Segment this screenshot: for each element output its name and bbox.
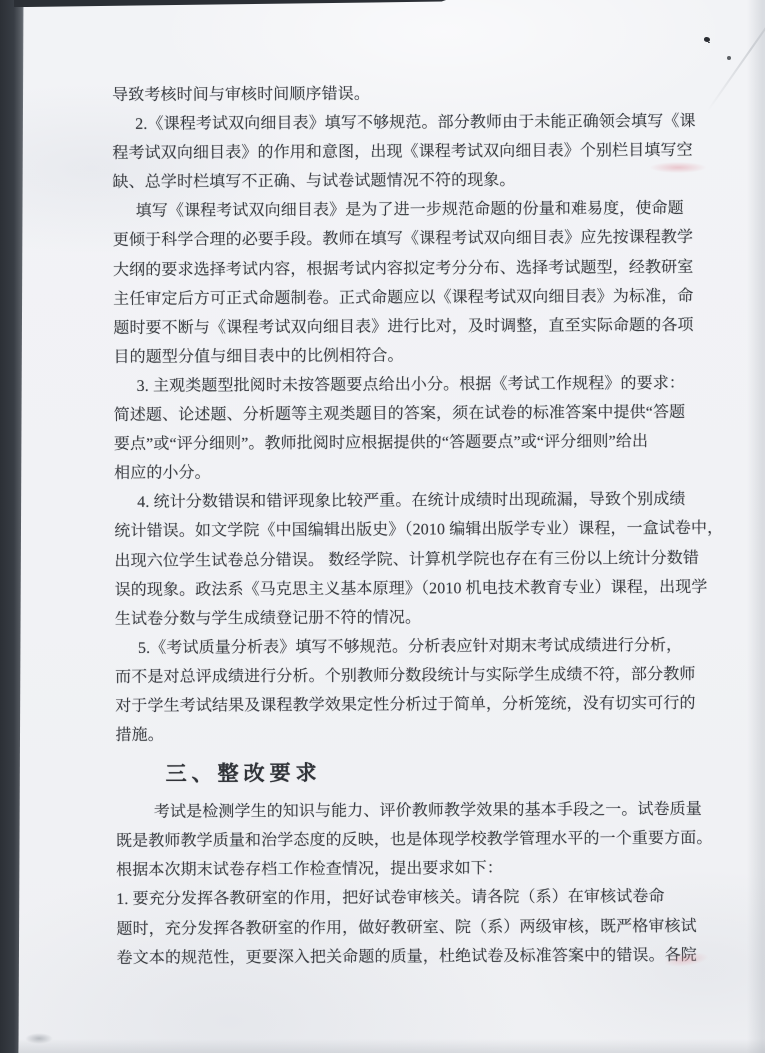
text-line: 更倾于科学合理的必要手段。教师在填写《课程考试双向细目表》应先按课程教学 [113,223,713,255]
section-heading: 三、整改要求 [116,756,716,789]
text-line: 2.《课程考试双向细目表》填写不够规范。部分教师由于未能正确领会填写《课 [112,107,712,139]
text-line: 程考试双向细目表》的作用和意图，出现《课程考试双向细目表》个别栏目填写空 [112,136,712,168]
text-line: 既是教师教学质量和治学态度的反映，也是体现学校教学管理水平的一个重要方面。 [116,824,716,856]
text-line: 对于学生考试结果及课程教学效果定性分析过于简单，分析笼统，没有切实可行的 [115,689,715,721]
text-line: 生试卷分数与学生成绩登记册不符的情况。 [115,602,715,634]
text-line: 相应的小分。 [114,456,714,488]
text-line: 目的题型分值与细目表中的比例相符合。 [113,340,713,372]
text-line: 缺、总学时栏填写不正确、与试卷试题情况不符的现象。 [112,165,712,197]
text-line: 题时要不断与《课程考试双向细目表》进行比对，及时调整，直至实际命题的各项 [113,311,713,343]
document-body: 导致考核时间与审核时间顺序错误。2.《课程考试双向细目表》填写不够规范。部分教师… [112,78,717,973]
paragraph: 考试是检测学生的知识与能力、评价教师教学效果的基本手段之一。试卷质量既是教师教学… [116,795,717,973]
paragraph: 填写《课程考试双向细目表》是为了进一步规范命题的份量和难易度，使命题更倾于科学合… [113,194,714,372]
text-line: 卷文本的规范性，更要深入把关命题的质量，杜绝试卷及标准答案中的错误。各院 [117,940,717,972]
text-line: 考试是检测学生的知识与能力、评价教师教学效果的基本手段之一。试卷质量 [116,795,716,827]
page-right-edge-shadow [747,0,765,1053]
text-line: 误的现象。政法系《马克思主义基本原理》（2010 机电技术教育专业）课程，出现学 [115,572,715,604]
text-line: 5.《考试质量分析表》填写不够规范。分析表应针对期末考试成绩进行分析， [115,631,715,663]
scanned-page: 导致考核时间与审核时间顺序错误。2.《课程考试双向细目表》填写不够规范。部分教师… [0,0,765,1053]
paragraph: 导致考核时间与审核时间顺序错误。 [112,78,712,110]
text-line: 根据本次期末试卷存档工作检查情况，提出要求如下： [116,853,716,885]
page-bottom-edge-shadow [18,1039,765,1053]
text-line: 填写《课程考试双向细目表》是为了进一步规范命题的份量和难易度，使命题 [113,194,713,226]
text-line: 措施。 [115,718,715,750]
text-line: 统计错误。如文学院《中国编辑出版史》（2010 编辑出版学专业）课程，一盒试卷中… [114,514,714,546]
paragraph: 3. 主观类题型批阅时未按答题要点给出小分。根据《考试工作规程》的要求：简述题、… [114,369,715,489]
text-line: 导致考核时间与审核时间顺序错误。 [112,78,712,110]
text-line: 3. 主观类题型批阅时未按答题要点给出小分。根据《考试工作规程》的要求： [114,369,714,401]
text-line: 题时，充分发挥各教研室的作用，做好教研室、院（系）两级审核，既严格审核试 [116,911,716,943]
text-line: 出现六位学生试卷总分错误。 数经学院、计算机学院也存在有三份以上统计分数错 [114,543,714,575]
ink-speck [727,56,731,60]
paragraph: 5.《考试质量分析表》填写不够规范。分析表应针对期末考试成绩进行分析，而不是对总… [115,631,716,751]
paragraph: 4. 统计分数错误和错评现象比较严重。在统计成绩时出现疏漏，导致个别成绩统计错误… [114,485,715,634]
text-line: 4. 统计分数错误和错评现象比较严重。在统计成绩时出现疏漏，导致个别成绩 [114,485,714,517]
text-line: 而不是对总评成绩进行分析。个别教师分数段统计与实际学生成绩不符，部分教师 [115,660,715,692]
paragraph: 2.《课程考试双向细目表》填写不够规范。部分教师由于未能正确领会填写《课程考试双… [112,107,712,197]
text-line: 大纲的要求选择考试内容，根据考试内容拟定考分分布、选择考试题型，经教研室 [113,252,713,284]
text-line: 要点”或“评分细则”。教师批阅时应根据提供的“答题要点”或“评分细则”给出 [114,427,714,459]
text-line: 简述题、论述题、分析题等主观类题目的答案，须在试卷的标准答案中提供“答题 [114,398,714,430]
text-line: 1. 要充分发挥各教研室的作用，把好试卷审核关。请各院（系）在审核试卷命 [116,882,716,914]
text-line: 主任审定后方可正式命题制卷。正式命题应以《课程考试双向细目表》为标准，命 [113,282,713,314]
ink-speck [704,37,710,42]
